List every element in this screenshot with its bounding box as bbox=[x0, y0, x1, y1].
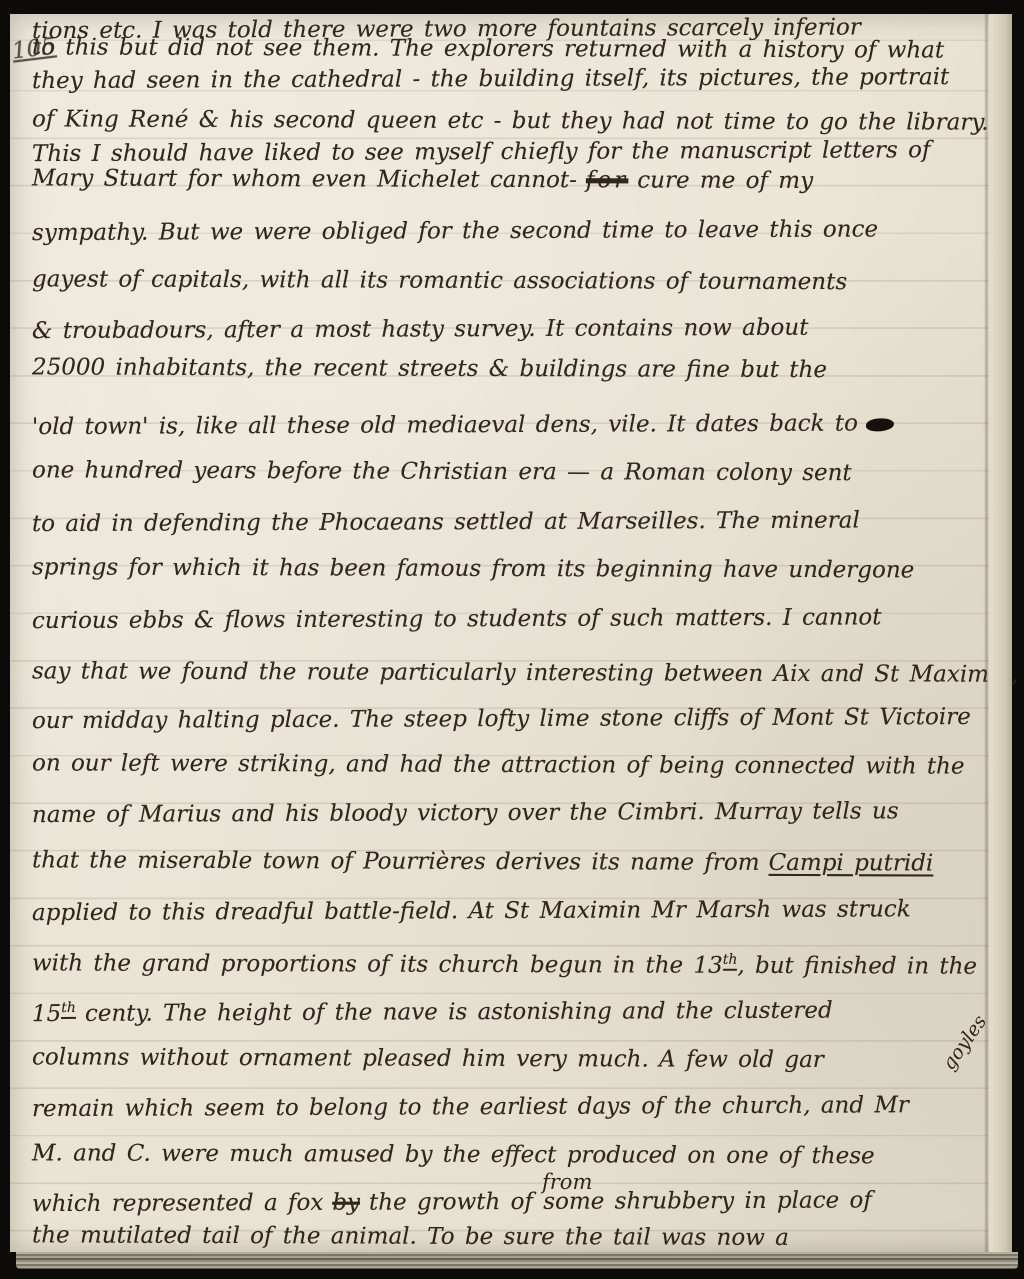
manuscript-line-22: with the grand proportions of its church… bbox=[32, 942, 990, 981]
manuscript-line-3: they had seen in the cathedral - the bui… bbox=[32, 62, 990, 96]
manuscript-line-24: columns without ornament pleased him ver… bbox=[32, 1042, 990, 1075]
superscript-th: th bbox=[723, 952, 738, 971]
manuscript-line-10: 25000 inhabitants, the recent streets & … bbox=[32, 352, 990, 385]
manuscript-line-6: Mary Stuart for whom even Michelet canno… bbox=[32, 163, 990, 196]
manuscript-line-9: & troubadours, after a most hasty survey… bbox=[32, 312, 990, 346]
manuscript-line-28: the mutilated tail of the animal. To be … bbox=[32, 1220, 990, 1253]
manuscript-line-21: applied to this dreadful battle-field. A… bbox=[32, 894, 990, 928]
manuscript-line-16: say that we found the route particularly… bbox=[32, 656, 990, 689]
manuscript-line-23: 15thcenty. The height of the nave is ast… bbox=[32, 989, 990, 1029]
manuscript-line-12: one hundred years before the Christian e… bbox=[32, 455, 990, 488]
superscript-th: th bbox=[61, 1000, 76, 1019]
line-text: , but finished in the bbox=[737, 953, 977, 980]
line-text: 15 bbox=[32, 1001, 61, 1027]
manuscript-line-13: to aid in defending the Phocaeans settle… bbox=[32, 505, 990, 539]
manuscript-line-18: on our left were striking, and had the a… bbox=[32, 748, 990, 781]
crossed-out-word: by bbox=[332, 1190, 360, 1216]
line-text: centy. The height of the nave is astonis… bbox=[85, 998, 833, 1027]
manuscript-line-7: sympathy. But we were obliged for the se… bbox=[32, 214, 990, 248]
manuscript-line-4: of King René & his second queen etc - bu… bbox=[32, 104, 990, 137]
line-text: Mary Stuart for whom even Michelet canno… bbox=[32, 165, 577, 193]
manuscript-line-2: to this but did not see them. The explor… bbox=[32, 32, 990, 65]
manuscript-line-25: remain which seem to belong to the earli… bbox=[32, 1090, 990, 1124]
line-text: 'old town' is, like all these old mediae… bbox=[32, 410, 858, 440]
manuscript-line-20: that the miserable town of Pourrières de… bbox=[32, 845, 990, 878]
manuscript-line-14: springs for which it has been famous fro… bbox=[32, 552, 990, 585]
manuscript-line-19: name of Marius and his bloody victory ov… bbox=[32, 796, 990, 830]
page-edge bbox=[989, 14, 1012, 1252]
line-text: the growth of some shrubbery in place of bbox=[369, 1187, 872, 1215]
manuscript-line-8: gayest of capitals, with all its romanti… bbox=[32, 264, 990, 297]
interlinear-insertion: from bbox=[542, 1170, 592, 1194]
book-page-stack bbox=[16, 1252, 1018, 1269]
ink-blot bbox=[866, 418, 894, 431]
manuscript-line-17: our midday halting place. The steep loft… bbox=[32, 702, 990, 736]
manuscript-line-27: which represented a foxbythe growth of s… bbox=[32, 1185, 990, 1219]
line-text: that the miserable town of Pourrières de… bbox=[32, 847, 760, 876]
manuscript-line-26: M. and C. were much amused by the effect… bbox=[32, 1138, 990, 1171]
manuscript-page: 105 tions etc. I was told there were two… bbox=[10, 14, 1012, 1252]
manuscript-line-15: curious ebbs & flows interesting to stud… bbox=[32, 602, 990, 636]
line-text: cure me of my bbox=[637, 167, 813, 194]
line-text: which represented a fox bbox=[32, 1190, 323, 1217]
crossed-out-word: for bbox=[586, 167, 628, 193]
underlined-phrase: Campi putridi bbox=[769, 850, 934, 877]
line-text: with the grand proportions of its church… bbox=[32, 950, 723, 978]
manuscript-line-11: 'old town' is, like all these old mediae… bbox=[32, 408, 990, 442]
